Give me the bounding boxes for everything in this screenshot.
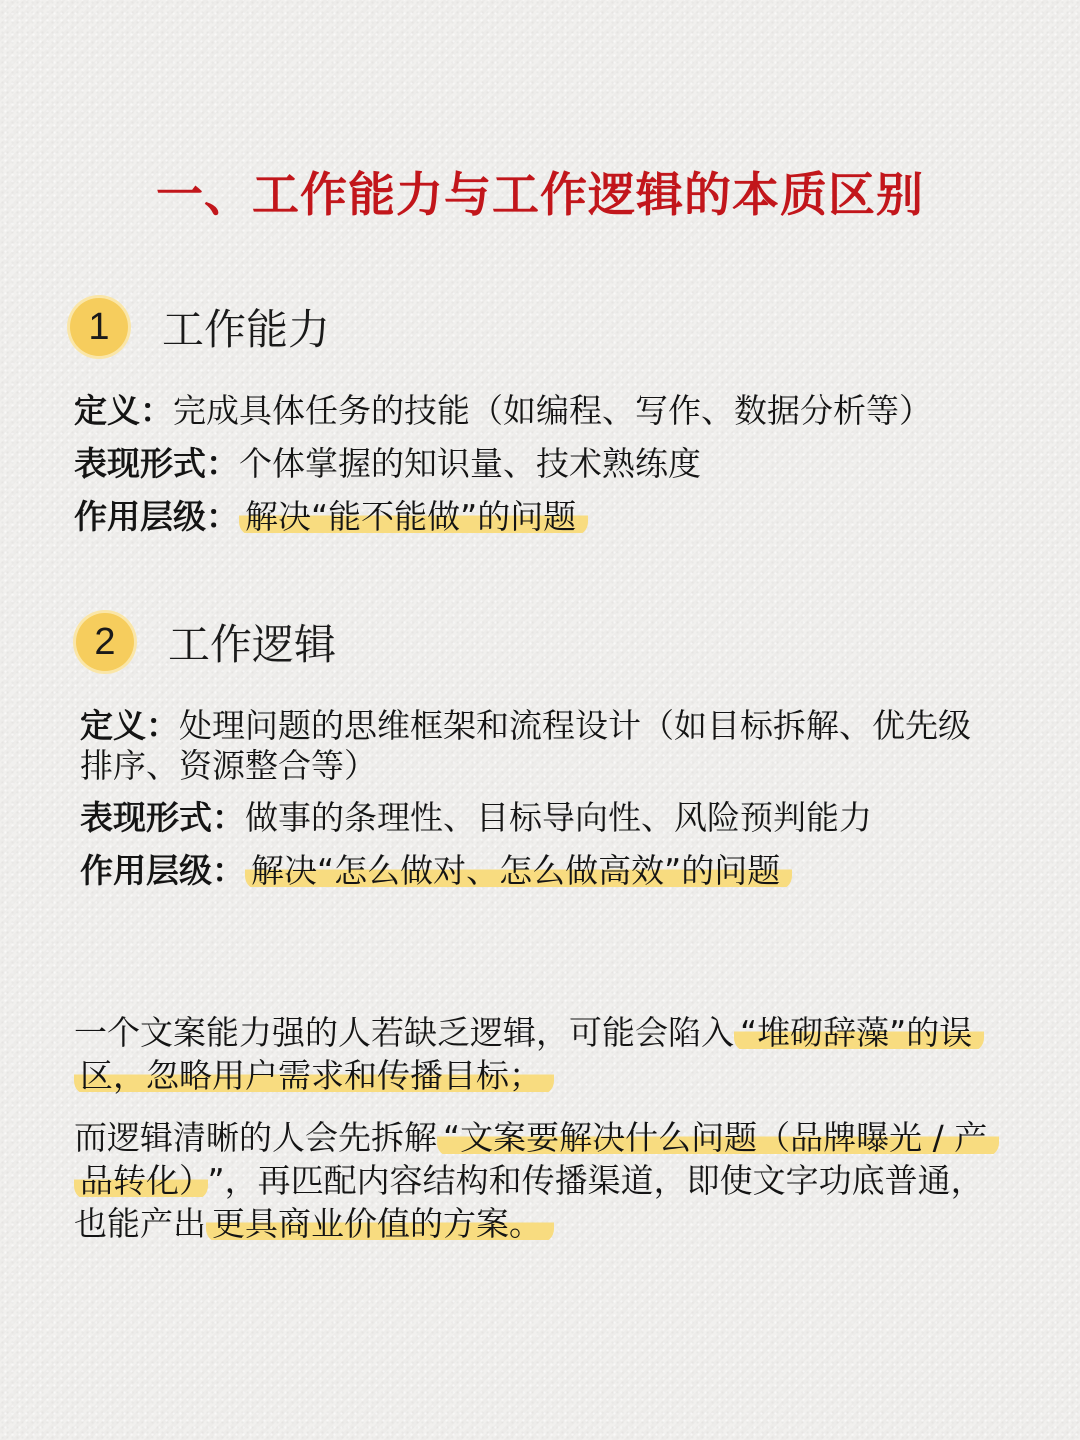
- para-text: 而逻辑清晰的人会先拆解: [74, 1118, 437, 1157]
- row-label: 定义：: [80, 706, 179, 745]
- section-header-work-ability: 1 工作能力: [70, 297, 330, 357]
- highlighted-text: 解决“怎么做对、怎么做高效”的问题: [245, 851, 792, 890]
- level-row: 作用层级：解决“能不能做”的问题: [74, 496, 932, 538]
- section-body-work-ability: 定义：完成具体任务的技能（如编程、写作、数据分析等） 表现形式：个体掌握的知识量…: [74, 390, 932, 549]
- definition-row: 定义：完成具体任务的技能（如编程、写作、数据分析等）: [74, 390, 932, 432]
- section-title: 工作能力: [162, 297, 330, 357]
- example-paragraph-1: 一个文案能力强的人若缺乏逻辑，可能会陷入“堆砌辞藻”的误区，忽略用户需求和传播目…: [74, 1011, 1014, 1097]
- row-text: 做事的条理性、目标导向性、风险预判能力: [245, 798, 872, 837]
- row-label: 表现形式：: [74, 444, 239, 483]
- row-label: 作用层级：: [80, 851, 245, 890]
- form-row: 表现形式：做事的条理性、目标导向性、风险预判能力: [80, 797, 1000, 839]
- row-label: 作用层级：: [74, 497, 239, 536]
- section-body-work-logic: 定义：处理问题的思维框架和流程设计（如目标拆解、优先级排序、资源整合等） 表现形…: [80, 706, 1000, 903]
- row-text: 个体掌握的知识量、技术熟练度: [239, 444, 701, 483]
- number-badge: 2: [76, 613, 134, 671]
- row-text: 完成具体任务的技能（如编程、写作、数据分析等）: [173, 391, 932, 430]
- page-title: 一、工作能力与工作逻辑的本质区别: [0, 158, 1080, 225]
- para-text: 一个文案能力强的人若缺乏逻辑，可能会陷入: [74, 1013, 734, 1052]
- highlighted-text: 更具商业价值的方案。: [206, 1204, 554, 1243]
- number-badge: 1: [70, 298, 128, 356]
- row-text: 处理问题的思维框架和流程设计（如目标拆解、优先级排序、资源整合等）: [80, 706, 971, 785]
- level-row: 作用层级：解决“怎么做对、怎么做高效”的问题: [80, 850, 1000, 892]
- section-header-work-logic: 2 工作逻辑: [76, 612, 336, 672]
- form-row: 表现形式：个体掌握的知识量、技术熟练度: [74, 443, 932, 485]
- example-paragraph-2: 而逻辑清晰的人会先拆解“文案要解决什么问题（品牌曝光 / 产品转化）”，再匹配内…: [74, 1116, 1014, 1245]
- section-title: 工作逻辑: [168, 612, 336, 672]
- row-label: 定义：: [74, 391, 173, 430]
- highlighted-text: 解决“能不能做”的问题: [239, 497, 588, 536]
- row-label: 表现形式：: [80, 798, 245, 837]
- definition-row: 定义：处理问题的思维框架和流程设计（如目标拆解、优先级排序、资源整合等）: [80, 706, 1000, 786]
